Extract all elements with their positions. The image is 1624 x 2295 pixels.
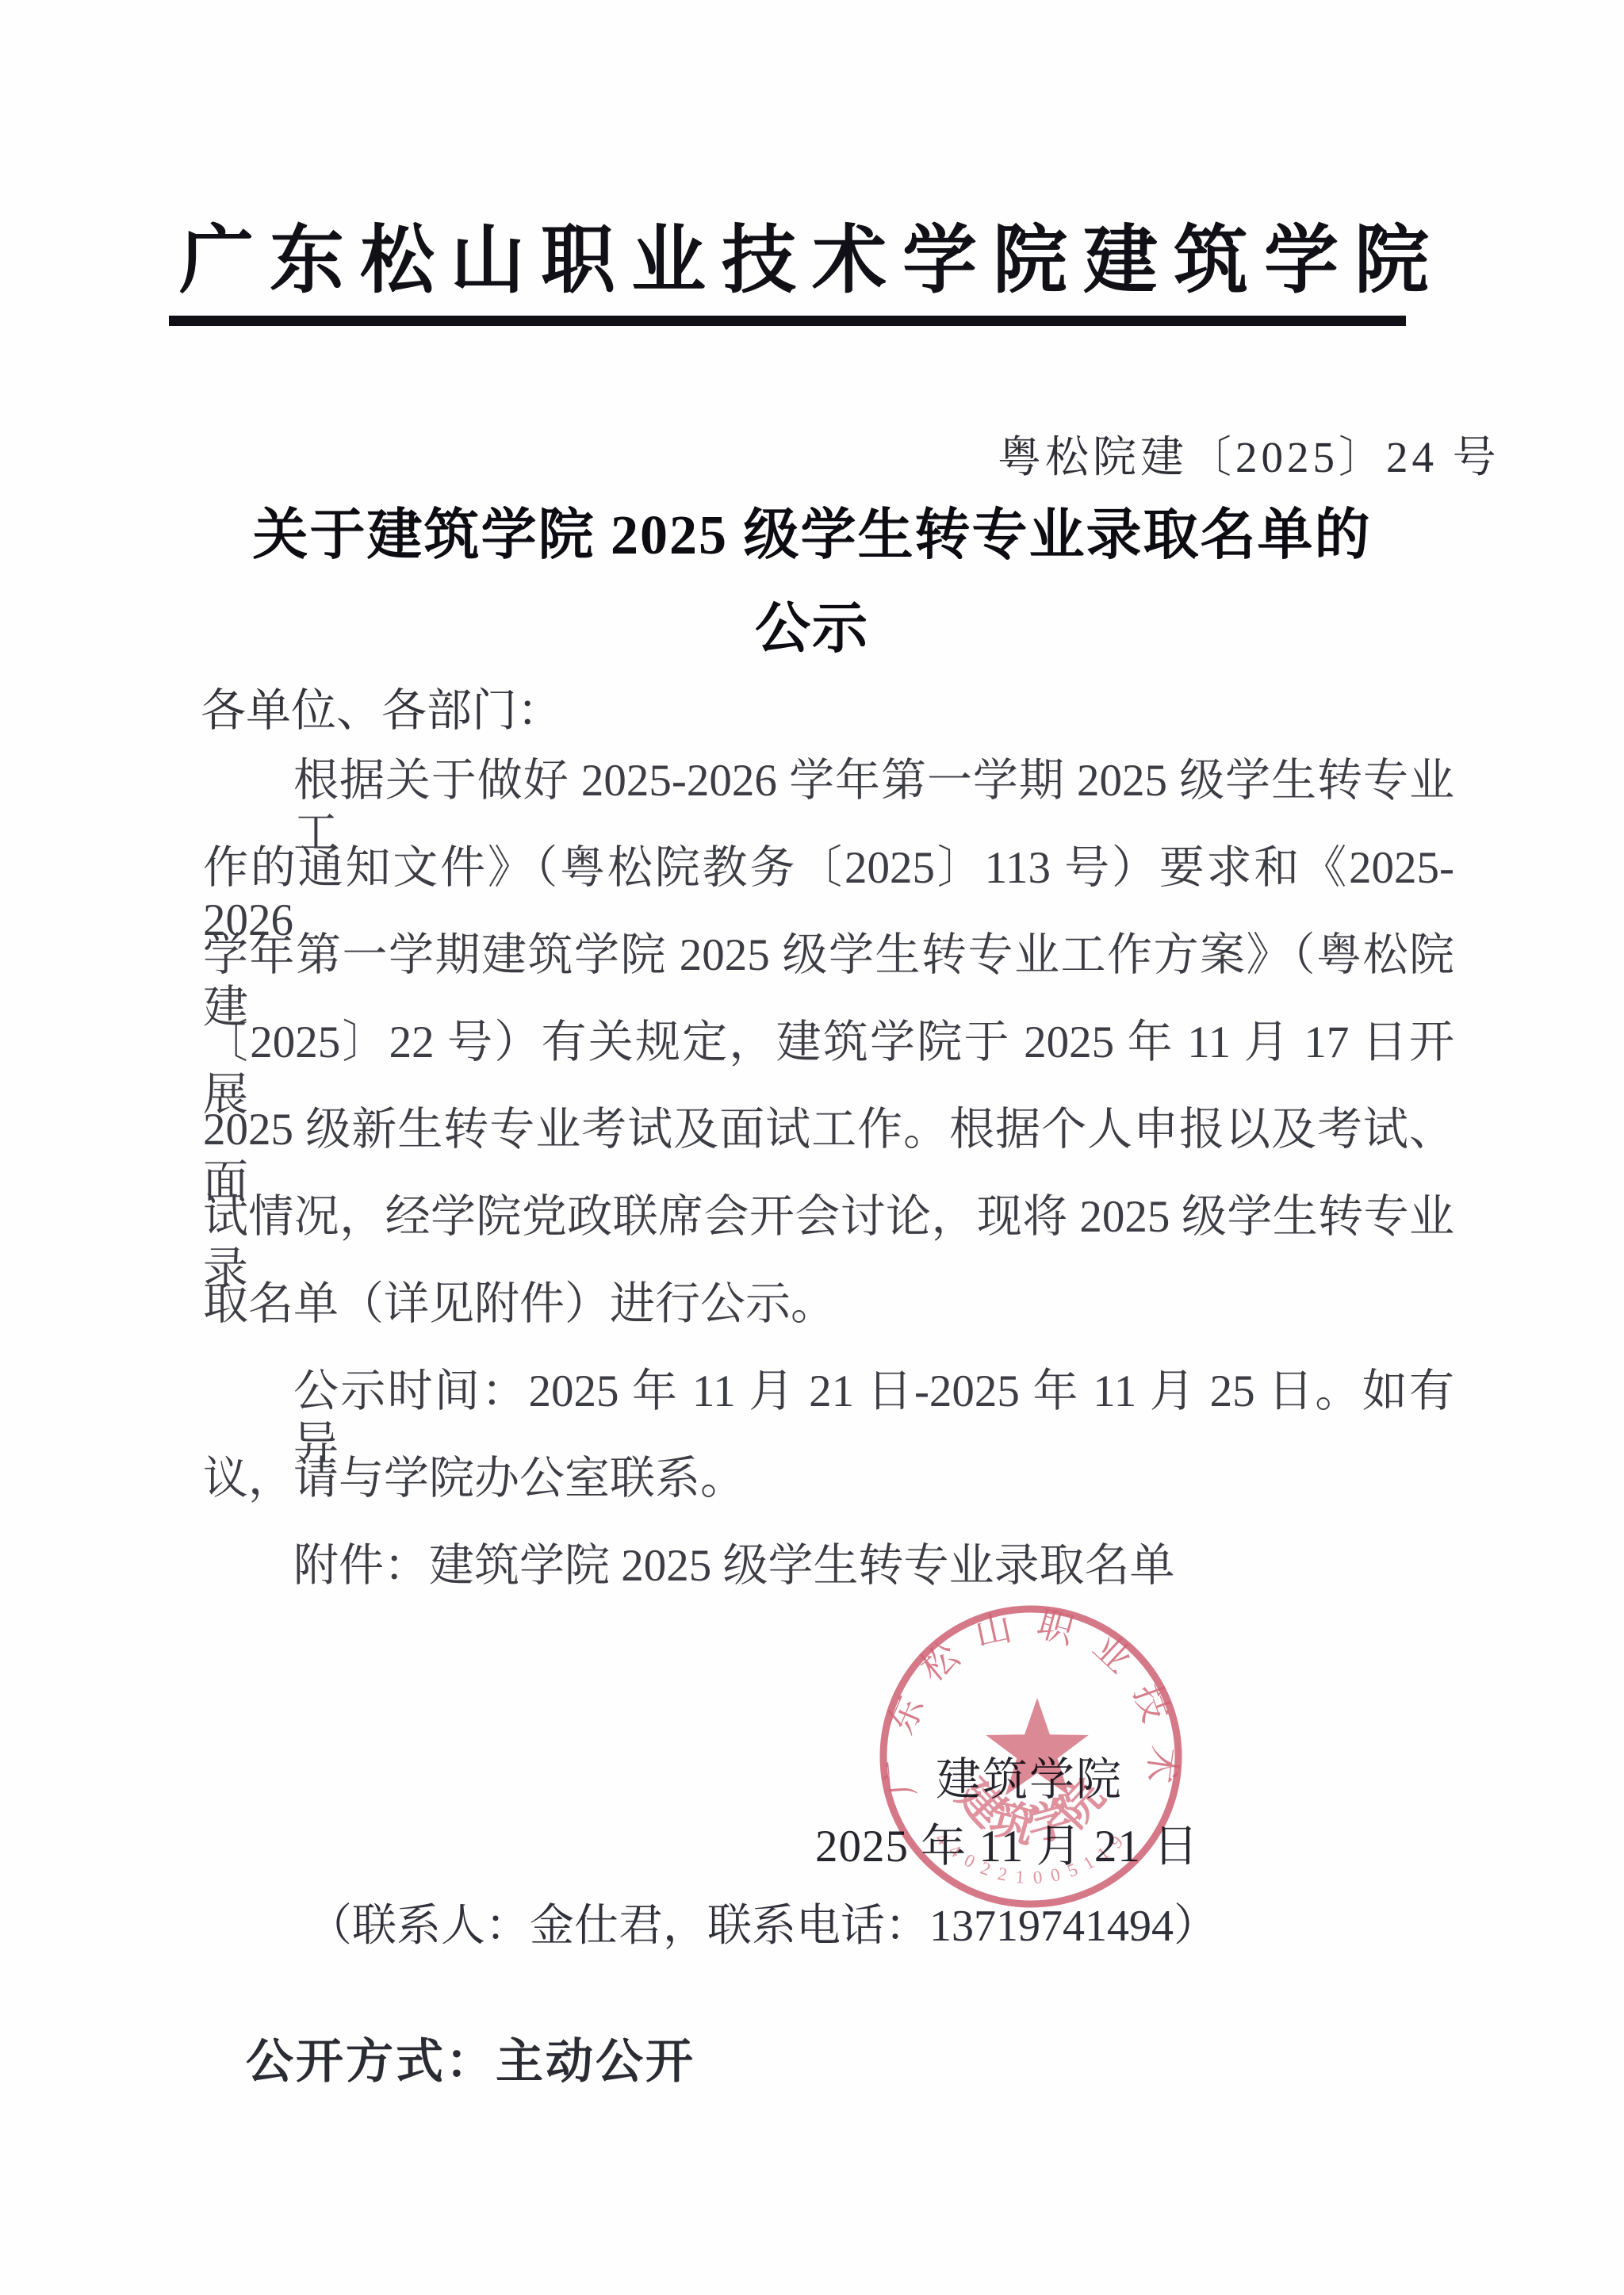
body-line: 学年第一学期建筑学院 2025 级学生转专业工作方案》（粤松院建 — [203, 929, 1454, 1017]
body-line: 根据关于做好 2025-2026 学年第一学期 2025 级学生转专业工 — [203, 755, 1454, 842]
salutation: 各单位、各部门： — [201, 674, 562, 739]
scanned-official-notice: 广东松山职业技术学院建筑学院 粤松院建〔2025〕24 号 关于建筑学院 202… — [0, 0, 1624, 2295]
body-line: 〔2025〕22 号）有关规定，建筑学院于 2025 年 11 月 17 日开展 — [203, 1017, 1454, 1104]
body-line: 试情况，经学院党政联席会开会讨论，现将 2025 级学生转专业录 — [203, 1191, 1454, 1278]
body-text: 根据关于做好 2025-2026 学年第一学期 2025 级学生转专业工 作的通… — [203, 755, 1454, 1627]
document-title-line2: 公示 — [0, 584, 1624, 664]
attachment-line: 附件：建筑学院 2025 级学生转专业录取名单 — [203, 1540, 1454, 1627]
seal-inner-text: 建筑学院 — [948, 1770, 1115, 1852]
official-seal-stamp: 广东松山职业技术学院 建筑学院 440221005119 — [863, 1588, 1199, 1925]
document-title-line1: 关于建筑学院 2025 级学生转专业录取名单的 — [0, 490, 1624, 570]
body-line: 公示时间：2025 年 11 月 21 日-2025 年 11 月 25 日。如… — [203, 1366, 1454, 1453]
body-line: 议，请与学院办公室联系。 — [203, 1453, 1454, 1540]
disclosure-method: 公开方式：主动公开 — [246, 2024, 695, 2092]
letterhead-rule — [169, 316, 1406, 326]
body-line: 取名单（详见附件）进行公示。 — [203, 1278, 1454, 1366]
body-line: 作的通知文件》（粤松院教务〔2025〕113 号）要求和《2025-2026 — [203, 842, 1454, 929]
letterhead-title: 广东松山职业技术学院建筑学院 — [0, 200, 1624, 307]
document-number: 粤松院建〔2025〕24 号 — [998, 422, 1500, 485]
body-line: 2025 级新生转专业考试及面试工作。根据个人申报以及考试、面 — [203, 1104, 1454, 1191]
